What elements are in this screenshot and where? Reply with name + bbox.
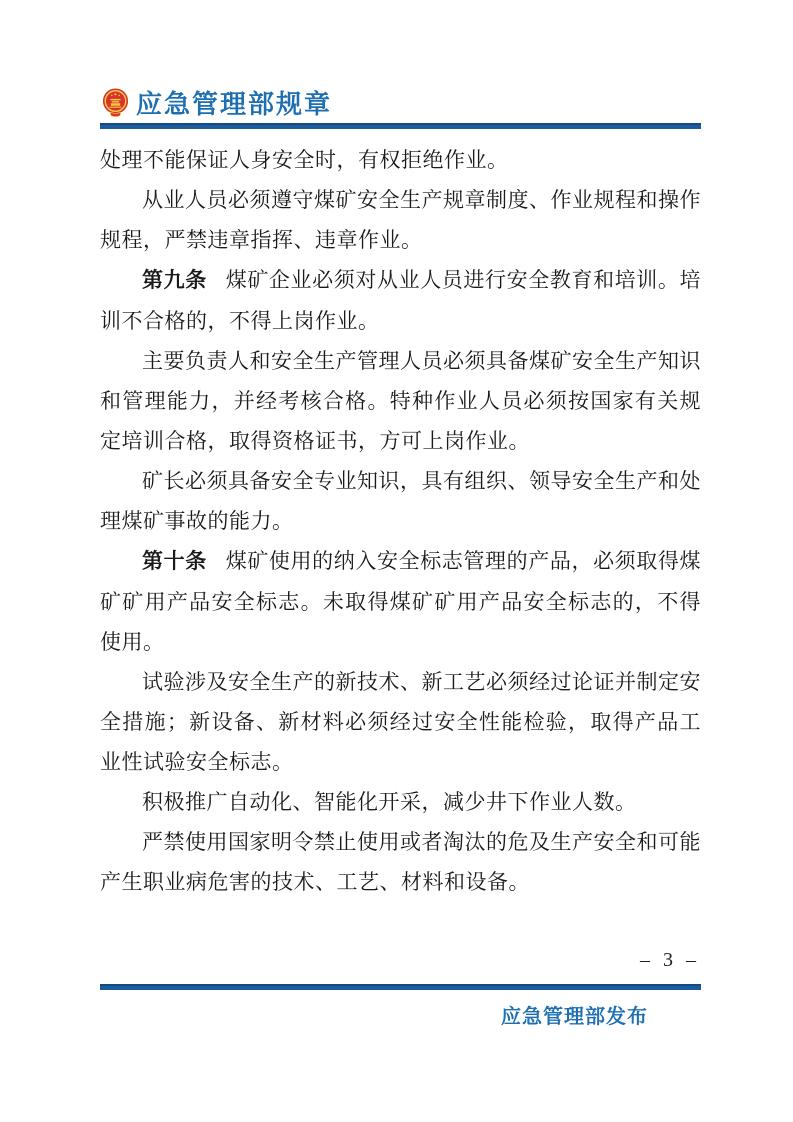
footer-rule [100,984,701,990]
body-paragraph: 严禁使用国家明令禁止使用或者淘汰的危及生产安全和可能产生职业病危害的技术、工艺、… [100,822,701,902]
body-paragraph: 第九条煤矿企业必须对从业人员进行安全教育和培训。培训不合格的，不得上岗作业。 [100,260,701,341]
body-paragraph: 处理不能保证人身安全时，有权拒绝作业。 [100,140,701,180]
header-rule [100,123,701,129]
body-paragraph: 第十条煤矿使用的纳入安全标志管理的产品，必须取得煤矿矿用产品安全标志。未取得煤矿… [100,541,701,662]
body-paragraph: 矿长必须具备安全专业知识，具有组织、领导安全生产和处理煤矿事故的能力。 [100,461,701,541]
national-emblem-icon [100,87,131,118]
body-paragraph: 积极推广自动化、智能化开采，减少井下作业人数。 [100,782,701,822]
article-number: 第十条 [142,550,207,573]
document-page: 应急管理部规章 处理不能保证人身安全时，有权拒绝作业。从业人员必须遵守煤矿安全生… [0,0,793,1122]
paragraph-text: 积极推广自动化、智能化开采，减少井下作业人数。 [142,790,637,814]
document-header-title: 应急管理部规章 [136,84,332,121]
document-header: 应急管理部规章 [100,85,332,119]
body-paragraph: 试验涉及安全生产的新技术、新工艺必须经过论证并制定安全措施；新设备、新材料必须经… [100,662,701,782]
body-paragraph: 从业人员必须遵守煤矿安全生产规章制度、作业规程和操作规程，严禁违章指挥、违章作业… [100,180,701,260]
publisher-label: 应急管理部发布 [501,1000,648,1029]
paragraph-text: 严禁使用国家明令禁止使用或者淘汰的危及生产安全和可能产生职业病危害的技术、工艺、… [100,830,701,894]
body-paragraph: 主要负责人和安全生产管理人员必须具备煤矿安全生产知识和管理能力，并经考核合格。特… [100,341,701,461]
document-body: 处理不能保证人身安全时，有权拒绝作业。从业人员必须遵守煤矿安全生产规章制度、作业… [100,140,701,902]
page-number: – 3 – [640,946,700,974]
paragraph-text: 从业人员必须遵守煤矿安全生产规章制度、作业规程和操作规程，严禁违章指挥、违章作业… [100,188,701,252]
paragraph-text: 主要负责人和安全生产管理人员必须具备煤矿安全生产知识和管理能力，并经考核合格。特… [100,349,701,453]
paragraph-text: 矿长必须具备安全专业知识，具有组织、领导安全生产和处理煤矿事故的能力。 [100,469,701,533]
article-number: 第九条 [142,269,207,292]
paragraph-text: 试验涉及安全生产的新技术、新工艺必须经过论证并制定安全措施；新设备、新材料必须经… [100,670,701,774]
paragraph-text: 处理不能保证人身安全时，有权拒绝作业。 [100,148,509,172]
